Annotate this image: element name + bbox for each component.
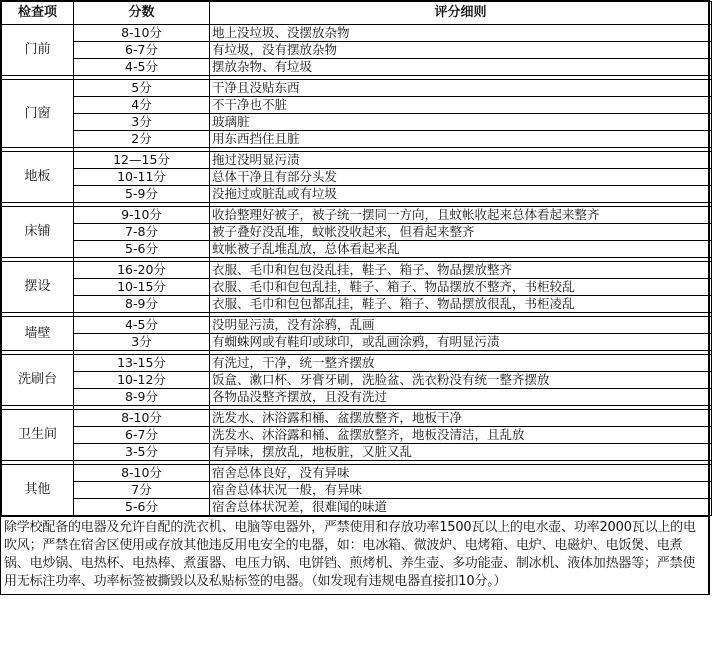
table-row: 10-12分饭盒、漱口杯、牙膏牙刷，洗脸盆、洗衣粉没有统一整齐摆放 — [2, 372, 712, 389]
check-item-cell: 门窗 — [2, 80, 74, 148]
table-row: 6-7分有垃圾，没有摆放杂物 — [2, 42, 712, 59]
detail-cell: 洗发水、沐浴露和桶、盆摆放整齐，地板没清洁，且乱放 — [210, 427, 712, 444]
table-row: 3分玻璃脏 — [2, 114, 712, 131]
check-item-cell: 其他 — [2, 465, 74, 516]
detail-cell: 玻璃脏 — [210, 114, 712, 131]
score-cell: 8-10分 — [74, 25, 210, 42]
table-row: 床铺9-10分收拾整理好被子，被子统一摆同一方向，且蚊帐收起来总体看起来整齐 — [2, 207, 712, 224]
score-cell: 7-8分 — [74, 224, 210, 241]
score-cell: 8-9分 — [74, 389, 210, 406]
detail-cell: 蚊帐被子乱堆乱放，总体看起来乱 — [210, 241, 712, 258]
table-row: 5-6分蚊帐被子乱堆乱放，总体看起来乱 — [2, 241, 712, 258]
scoring-table: 检查项 分数 评分细则 门前8-10分地上没垃圾、没摆放杂物6-7分有垃圾，没有… — [1, 1, 712, 516]
score-cell: 5-6分 — [74, 499, 210, 516]
table-row: 洗刷台13-15分有洗过，干净，统一整齐摆放 — [2, 355, 712, 372]
detail-cell: 衣服、毛巾和包包都乱挂，鞋子、箱子、物品摆放很乱，书柜凌乱 — [210, 296, 712, 313]
table-row: 地板12—15分拖过没明显污渍 — [2, 152, 712, 169]
detail-cell: 不干净也不脏 — [210, 97, 712, 114]
score-cell: 10-15分 — [74, 279, 210, 296]
table-row: 4分不干净也不脏 — [2, 97, 712, 114]
electrical-appliance-note: 除学校配备的电器及允许自配的洗衣机、电脑等电器外，严禁使用和存放功率1500瓦以… — [1, 516, 708, 594]
table-row: 2分用东西挡住且脏 — [2, 131, 712, 148]
score-cell: 9-10分 — [74, 207, 210, 224]
detail-cell: 宿舍总体状况差，很难闻的味道 — [210, 499, 712, 516]
header-row: 检查项 分数 评分细则 — [2, 2, 712, 25]
header-score: 分数 — [74, 2, 210, 25]
table-row: 3-5分有异味，摆放乱，地板脏，又脏又乱 — [2, 444, 712, 461]
detail-cell: 饭盒、漱口杯、牙膏牙刷，洗脸盆、洗衣粉没有统一整齐摆放 — [210, 372, 712, 389]
detail-cell: 洗发水、沐浴露和桶、盆摆放整齐，地板干净 — [210, 410, 712, 427]
detail-cell: 宿舍总体良好，没有异味 — [210, 465, 712, 482]
detail-cell: 有蜘蛛网或有鞋印或球印，或乱画涂鸦，有明显污渍 — [210, 334, 712, 351]
detail-cell: 收拾整理好被子，被子统一摆同一方向，且蚊帐收起来总体看起来整齐 — [210, 207, 712, 224]
scoring-table-sheet: 检查项 分数 评分细则 门前8-10分地上没垃圾、没摆放杂物6-7分有垃圾，没有… — [0, 0, 710, 595]
score-cell: 6-7分 — [74, 427, 210, 444]
score-cell: 5-6分 — [74, 241, 210, 258]
detail-cell: 各物品没整齐摆放，且没有洗过 — [210, 389, 712, 406]
score-cell: 10-11分 — [74, 169, 210, 186]
check-item-cell: 卫生间 — [2, 410, 74, 461]
detail-cell: 拖过没明显污渍 — [210, 152, 712, 169]
table-body: 门前8-10分地上没垃圾、没摆放杂物6-7分有垃圾，没有摆放杂物4-5分摆放杂物… — [2, 25, 712, 516]
table-row: 6-7分洗发水、沐浴露和桶、盆摆放整齐，地板没清洁，且乱放 — [2, 427, 712, 444]
table-row: 卫生间8-10分洗发水、沐浴露和桶、盆摆放整齐，地板干净 — [2, 410, 712, 427]
check-item-cell: 门前 — [2, 25, 74, 76]
detail-cell: 没拖过或脏乱或有垃圾 — [210, 186, 712, 203]
table-row: 门前8-10分地上没垃圾、没摆放杂物 — [2, 25, 712, 42]
score-cell: 8-10分 — [74, 410, 210, 427]
table-row: 3分有蜘蛛网或有鞋印或球印，或乱画涂鸦，有明显污渍 — [2, 334, 712, 351]
detail-cell: 衣服、毛巾和包包乱挂，鞋子、箱子、物品摆放不整齐，书柜较乱 — [210, 279, 712, 296]
score-cell: 8-10分 — [74, 465, 210, 482]
detail-cell: 总体干净且有部分头发 — [210, 169, 712, 186]
detail-cell: 有垃圾，没有摆放杂物 — [210, 42, 712, 59]
check-item-cell: 摆设 — [2, 262, 74, 313]
score-cell: 13-15分 — [74, 355, 210, 372]
score-cell: 3-5分 — [74, 444, 210, 461]
score-cell: 3分 — [74, 114, 210, 131]
score-cell: 4分 — [74, 97, 210, 114]
score-cell: 6-7分 — [74, 42, 210, 59]
score-cell: 12—15分 — [74, 152, 210, 169]
score-cell: 16-20分 — [74, 262, 210, 279]
detail-cell: 没明显污渍，没有涂鸦，乱画 — [210, 317, 712, 334]
score-cell: 3分 — [74, 334, 210, 351]
table-row: 10-11分总体干净且有部分头发 — [2, 169, 712, 186]
detail-cell: 宿舍总体状况一般，有异味 — [210, 482, 712, 499]
header-item: 检查项 — [2, 2, 74, 25]
detail-cell: 地上没垃圾、没摆放杂物 — [210, 25, 712, 42]
table-row: 5-9分没拖过或脏乱或有垃圾 — [2, 186, 712, 203]
check-item-cell: 洗刷台 — [2, 355, 74, 406]
table-row: 5-6分宿舍总体状况差，很难闻的味道 — [2, 499, 712, 516]
header-detail: 评分细则 — [210, 2, 712, 25]
detail-cell: 有异味，摆放乱，地板脏，又脏又乱 — [210, 444, 712, 461]
score-cell: 5-9分 — [74, 186, 210, 203]
detail-cell: 用东西挡住且脏 — [210, 131, 712, 148]
detail-cell: 有洗过，干净，统一整齐摆放 — [210, 355, 712, 372]
score-cell: 4-5分 — [74, 317, 210, 334]
table-row: 7分宿舍总体状况一般，有异味 — [2, 482, 712, 499]
score-cell: 5分 — [74, 80, 210, 97]
score-cell: 4-5分 — [74, 59, 210, 76]
table-row: 其他8-10分宿舍总体良好，没有异味 — [2, 465, 712, 482]
table-row: 8-9分衣服、毛巾和包包都乱挂，鞋子、箱子、物品摆放很乱，书柜凌乱 — [2, 296, 712, 313]
score-cell: 8-9分 — [74, 296, 210, 313]
table-row: 4-5分摆放杂物、有垃圾 — [2, 59, 712, 76]
check-item-cell: 墙壁 — [2, 317, 74, 351]
table-row: 10-15分衣服、毛巾和包包乱挂，鞋子、箱子、物品摆放不整齐，书柜较乱 — [2, 279, 712, 296]
detail-cell: 干净且没贴东西 — [210, 80, 712, 97]
score-cell: 7分 — [74, 482, 210, 499]
check-item-cell: 地板 — [2, 152, 74, 203]
table-row: 7-8分被子叠好没乱堆，蚊帐没收起来，但看起来整齐 — [2, 224, 712, 241]
table-row: 摆设16-20分衣服、毛巾和包包没乱挂，鞋子、箱子、物品摆放整齐 — [2, 262, 712, 279]
score-cell: 2分 — [74, 131, 210, 148]
score-cell: 10-12分 — [74, 372, 210, 389]
detail-cell: 衣服、毛巾和包包没乱挂，鞋子、箱子、物品摆放整齐 — [210, 262, 712, 279]
detail-cell: 摆放杂物、有垃圾 — [210, 59, 712, 76]
table-row: 8-9分各物品没整齐摆放，且没有洗过 — [2, 389, 712, 406]
table-row: 墙壁4-5分没明显污渍，没有涂鸦，乱画 — [2, 317, 712, 334]
detail-cell: 被子叠好没乱堆，蚊帐没收起来，但看起来整齐 — [210, 224, 712, 241]
table-row: 门窗5分干净且没贴东西 — [2, 80, 712, 97]
check-item-cell: 床铺 — [2, 207, 74, 258]
